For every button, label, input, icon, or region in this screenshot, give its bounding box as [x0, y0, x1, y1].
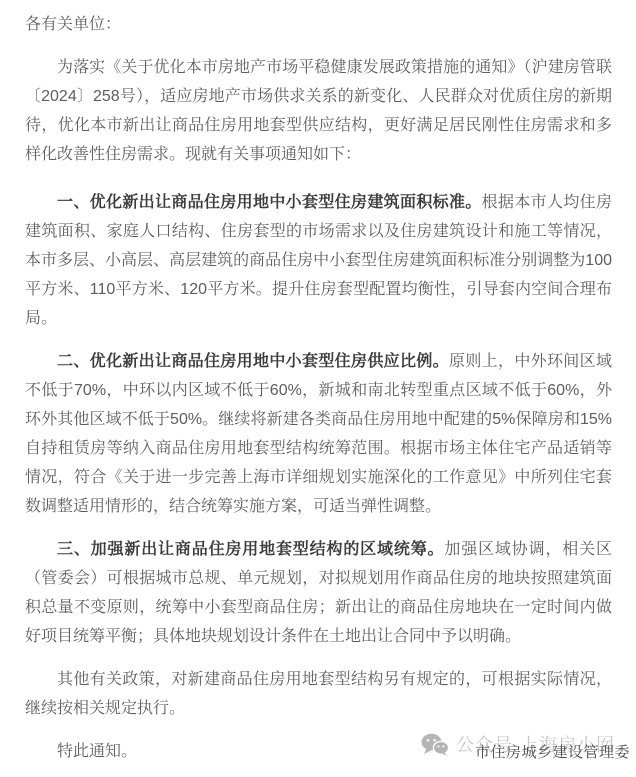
notice-document: 各有关单位： 为落实《关于优化本市房地产市场平稳健康发展政策措施的通知》（沪建房… — [0, 0, 636, 766]
section-3-heading: 三、加强新出让商品住房用地套型结构的区域统筹。 — [57, 541, 444, 558]
section-1-paragraph: 一、优化新出让商品住房用地中小套型住房建筑面积标准。根据本市人均住房建筑面积、家… — [25, 188, 612, 333]
section-1-heading: 一、优化新出让商品住房用地中小套型住房建筑面积标准。 — [57, 194, 482, 211]
section-1-body: 根据本市人均住房建筑面积、家庭人口结构、住房套型的市场需求以及住房建筑设计和施工… — [25, 194, 612, 327]
salutation: 各有关单位： — [25, 10, 612, 39]
section-2-body: 原则上，中外环间区域不低于70%，中环以内区域不低于60%，新城和南北转型重点区… — [25, 353, 612, 515]
intro-paragraph: 为落实《关于优化本市房地产市场平稳健康发展政策措施的通知》（沪建房管联〔2024… — [25, 53, 612, 169]
wechat-icon — [421, 733, 449, 756]
section-3-paragraph: 三、加强新出让商品住房用地套型结构的区域统筹。加强区域协调，相关区（管委会）可根… — [25, 535, 612, 651]
section-2-heading: 二、优化新出让商品住房用地中小套型住房供应比例。 — [57, 353, 449, 370]
watermark-signature: 市住房城乡建设管理委 — [475, 741, 630, 762]
closing-paragraph: 其他有关政策，对新建商品住房用地套型结构另有规定的，可根据实际情况，继续按相关规… — [25, 665, 612, 723]
section-2-paragraph: 二、优化新出让商品住房用地中小套型住房供应比例。原则上，中外环间区域不低于70%… — [25, 347, 612, 521]
